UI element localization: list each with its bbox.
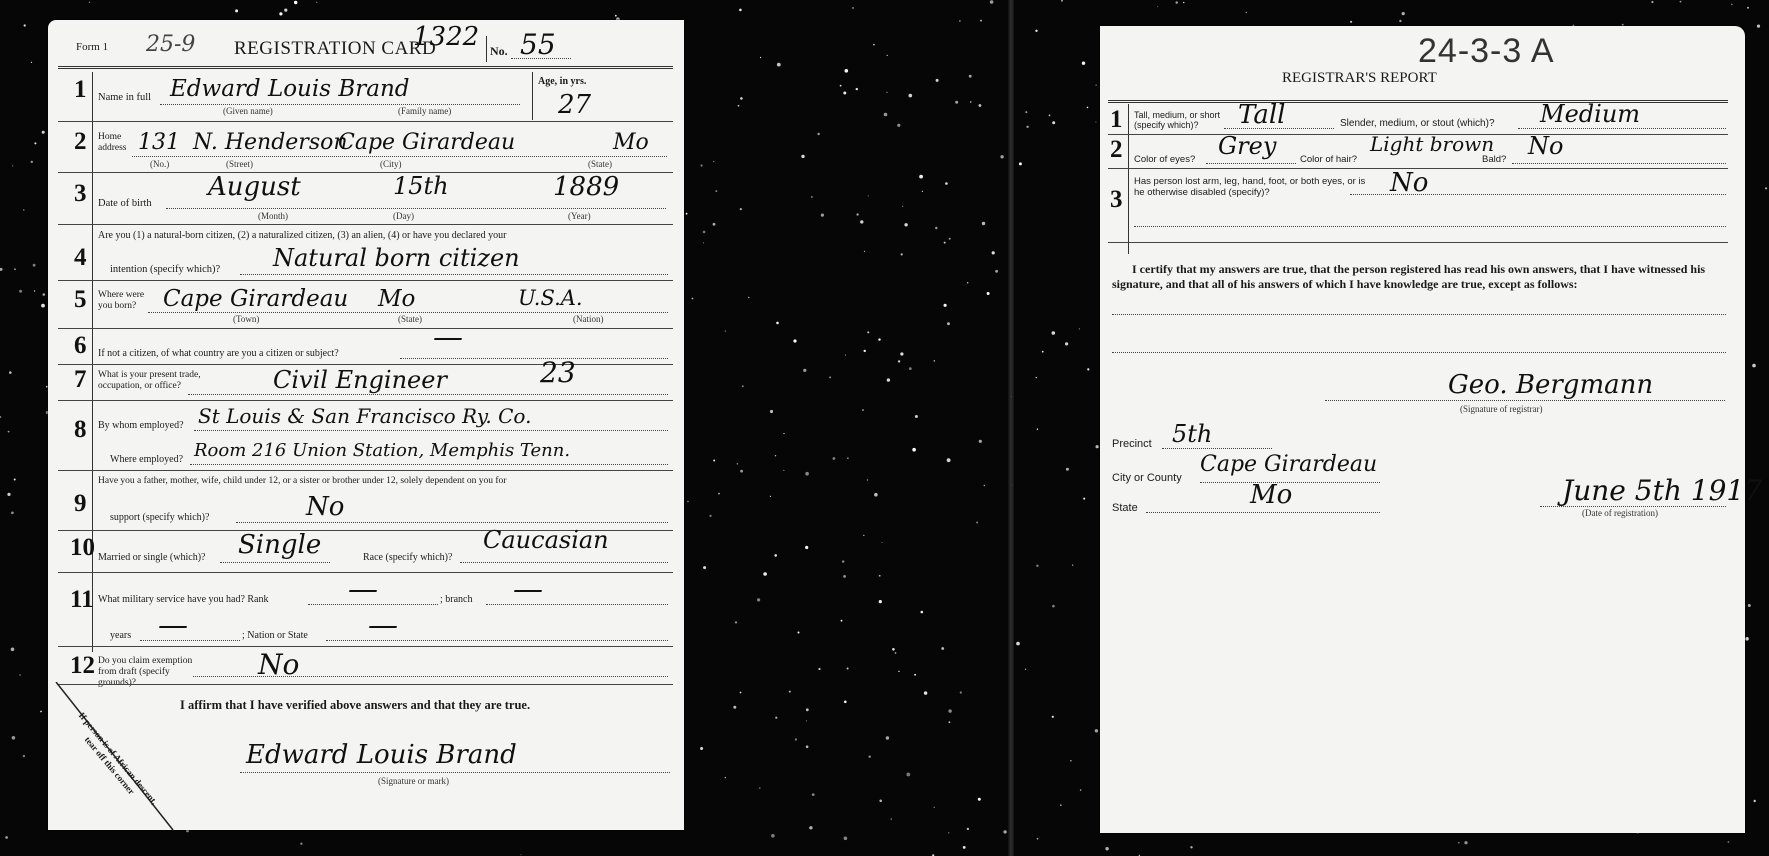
birthplace-town: Cape Girardeau xyxy=(163,286,348,312)
military-branch-label: ; branch xyxy=(440,594,473,605)
employer-label: By whom employed? xyxy=(98,420,184,431)
row-number: 9 xyxy=(74,490,87,518)
row-number: 11 xyxy=(70,586,94,614)
row-number: 8 xyxy=(74,416,87,444)
military-branch-value: — xyxy=(513,572,543,607)
hair-color-label: Color of hair? xyxy=(1300,154,1357,165)
serial-number: 1322 xyxy=(413,22,479,52)
registration-date-caption: (Date of registration) xyxy=(1582,508,1658,518)
dob-label: Date of birth xyxy=(98,198,152,209)
precinct-label: Precinct xyxy=(1112,438,1152,450)
dob-day: 15th xyxy=(393,172,449,200)
foreign-citizenship-label: If not a citizen, of what country are yo… xyxy=(98,348,339,359)
row-number: 6 xyxy=(74,332,87,360)
caption: (State) xyxy=(398,314,422,324)
form-label: Form 1 xyxy=(76,42,108,53)
caption: (State) xyxy=(588,159,612,169)
dependents-support-label: support (specify which)? xyxy=(110,512,209,523)
caption: (Town) xyxy=(233,314,259,324)
row-number: 1 xyxy=(74,76,87,104)
row-number: 10 xyxy=(70,534,95,562)
military-nation-label: ; Nation or State xyxy=(242,630,308,641)
caption: (Family name) xyxy=(398,106,451,116)
dob-month: August xyxy=(208,172,301,202)
military-years-value: — xyxy=(158,608,188,643)
report-stamp: 24-3-3 A xyxy=(1418,32,1555,71)
row-number: 4 xyxy=(74,244,87,272)
row-number: 1 xyxy=(1110,106,1123,134)
caption: (No.) xyxy=(150,159,169,169)
row-number: 2 xyxy=(74,128,87,156)
row-number: 7 xyxy=(74,366,87,394)
birthplace-state: Mo xyxy=(378,286,415,312)
card-title: REGISTRATION CARD xyxy=(234,38,436,60)
military-years-label: years xyxy=(110,630,131,641)
certification-text: I certify that my answers are true, that… xyxy=(1112,262,1724,292)
exemption-value: No xyxy=(258,648,299,681)
height-value: Tall xyxy=(1238,100,1285,130)
employment-place-value: Room 216 Union Station, Memphis Tenn. xyxy=(194,440,570,461)
city-county-value: Cape Girardeau xyxy=(1200,452,1377,477)
employment-place-label: Where employed? xyxy=(110,454,183,465)
disability-label: Has person lost arm, leg, hand, foot, or… xyxy=(1134,176,1374,198)
precinct-value: 5th xyxy=(1172,420,1212,448)
bald-label: Bald? xyxy=(1482,154,1506,165)
row-number: 2 xyxy=(1110,136,1123,164)
citizenship-intention-label: intention (specify which)? xyxy=(110,264,220,275)
row-number: 5 xyxy=(74,286,87,314)
citizenship-question: Are you (1) a natural-born citizen, (2) … xyxy=(98,230,673,241)
birthplace-label: Where were you born? xyxy=(98,290,148,312)
registrant-signature: Edward Louis Brand xyxy=(246,740,517,770)
name-label: Name in full xyxy=(98,92,151,103)
signature-caption: (Signature or mark) xyxy=(378,776,449,786)
affirmation-text: I affirm that I have verified above answ… xyxy=(180,698,530,713)
registrar-signature-caption: (Signature of registrar) xyxy=(1460,404,1542,414)
row-number: 3 xyxy=(1110,186,1123,214)
registrar-signature: Geo. Bergmann xyxy=(1448,370,1653,400)
military-rank-value: — xyxy=(348,572,378,607)
handwritten-ref: 25-9 xyxy=(146,32,195,57)
age-label: Age, in yrs. xyxy=(538,76,586,87)
row-number: 3 xyxy=(74,180,87,208)
height-label: Tall, medium, or short (specify which)? xyxy=(1134,110,1244,130)
dependents-value: No xyxy=(306,492,344,522)
caption: (Year) xyxy=(568,211,591,221)
eye-color-value: Grey xyxy=(1218,132,1276,160)
address-city: Cape Girardeau xyxy=(338,130,515,155)
foreign-citizenship-value: — xyxy=(433,320,463,355)
full-name-value: Edward Louis Brand xyxy=(170,76,410,102)
marital-label: Married or single (which)? xyxy=(98,552,205,563)
dependents-question: Have you a father, mother, wife, child u… xyxy=(98,476,673,487)
page-fold-line xyxy=(1008,0,1014,856)
dob-year: 1889 xyxy=(553,172,619,202)
occupation-value: Civil Engineer xyxy=(273,366,447,394)
registration-card: Form 1 25-9 REGISTRATION CARD 1322 No. 5… xyxy=(48,20,684,830)
caption: (Street) xyxy=(226,159,253,169)
employer-value: St Louis & San Francisco Ry. Co. xyxy=(198,404,531,428)
marital-value: Single xyxy=(238,530,321,560)
military-rank-label: What military service have you had? Rank xyxy=(98,594,269,605)
birthplace-nation: U.S.A. xyxy=(518,286,583,310)
race-value: Caucasian xyxy=(483,526,609,554)
bald-value: No xyxy=(1528,132,1563,160)
age-value: 27 xyxy=(558,90,591,120)
state-label: State xyxy=(1112,502,1138,514)
address-street: N. Henderson xyxy=(193,130,348,155)
eye-color-label: Color of eyes? xyxy=(1134,154,1195,165)
address-state: Mo xyxy=(613,130,649,155)
row-number: 12 xyxy=(70,652,95,680)
occupation-mark: 23 xyxy=(540,356,576,389)
caption: (Day) xyxy=(393,211,414,221)
address-number: 131 xyxy=(138,130,180,155)
caption: (City) xyxy=(380,159,402,169)
hair-color-value: Light brown xyxy=(1370,132,1494,156)
build-value: Medium xyxy=(1540,100,1640,128)
home-address-label: Home address xyxy=(98,132,134,154)
military-nation-value: — xyxy=(368,608,398,643)
caption: (Given name) xyxy=(223,106,273,116)
card-number: 55 xyxy=(520,28,556,61)
state-value: Mo xyxy=(1250,480,1292,510)
caption: (Month) xyxy=(258,211,288,221)
disability-value: No xyxy=(1390,168,1428,198)
build-label: Slender, medium, or stout (which)? xyxy=(1340,118,1495,129)
citizenship-value: Natural born citizen xyxy=(273,244,520,272)
report-title: REGISTRAR'S REPORT xyxy=(1282,70,1437,87)
number-label: No. xyxy=(490,44,508,59)
city-county-label: City or County xyxy=(1112,472,1182,484)
occupation-label: What is your present trade, occupation, … xyxy=(98,370,218,392)
caption: (Nation) xyxy=(573,314,604,324)
race-label: Race (specify which)? xyxy=(363,552,452,563)
registrars-report-card: REGISTRAR'S REPORT 24-3-3 A 1 Tall, medi… xyxy=(1100,26,1745,833)
registration-date-value: June 5th 1917 xyxy=(1562,474,1762,507)
